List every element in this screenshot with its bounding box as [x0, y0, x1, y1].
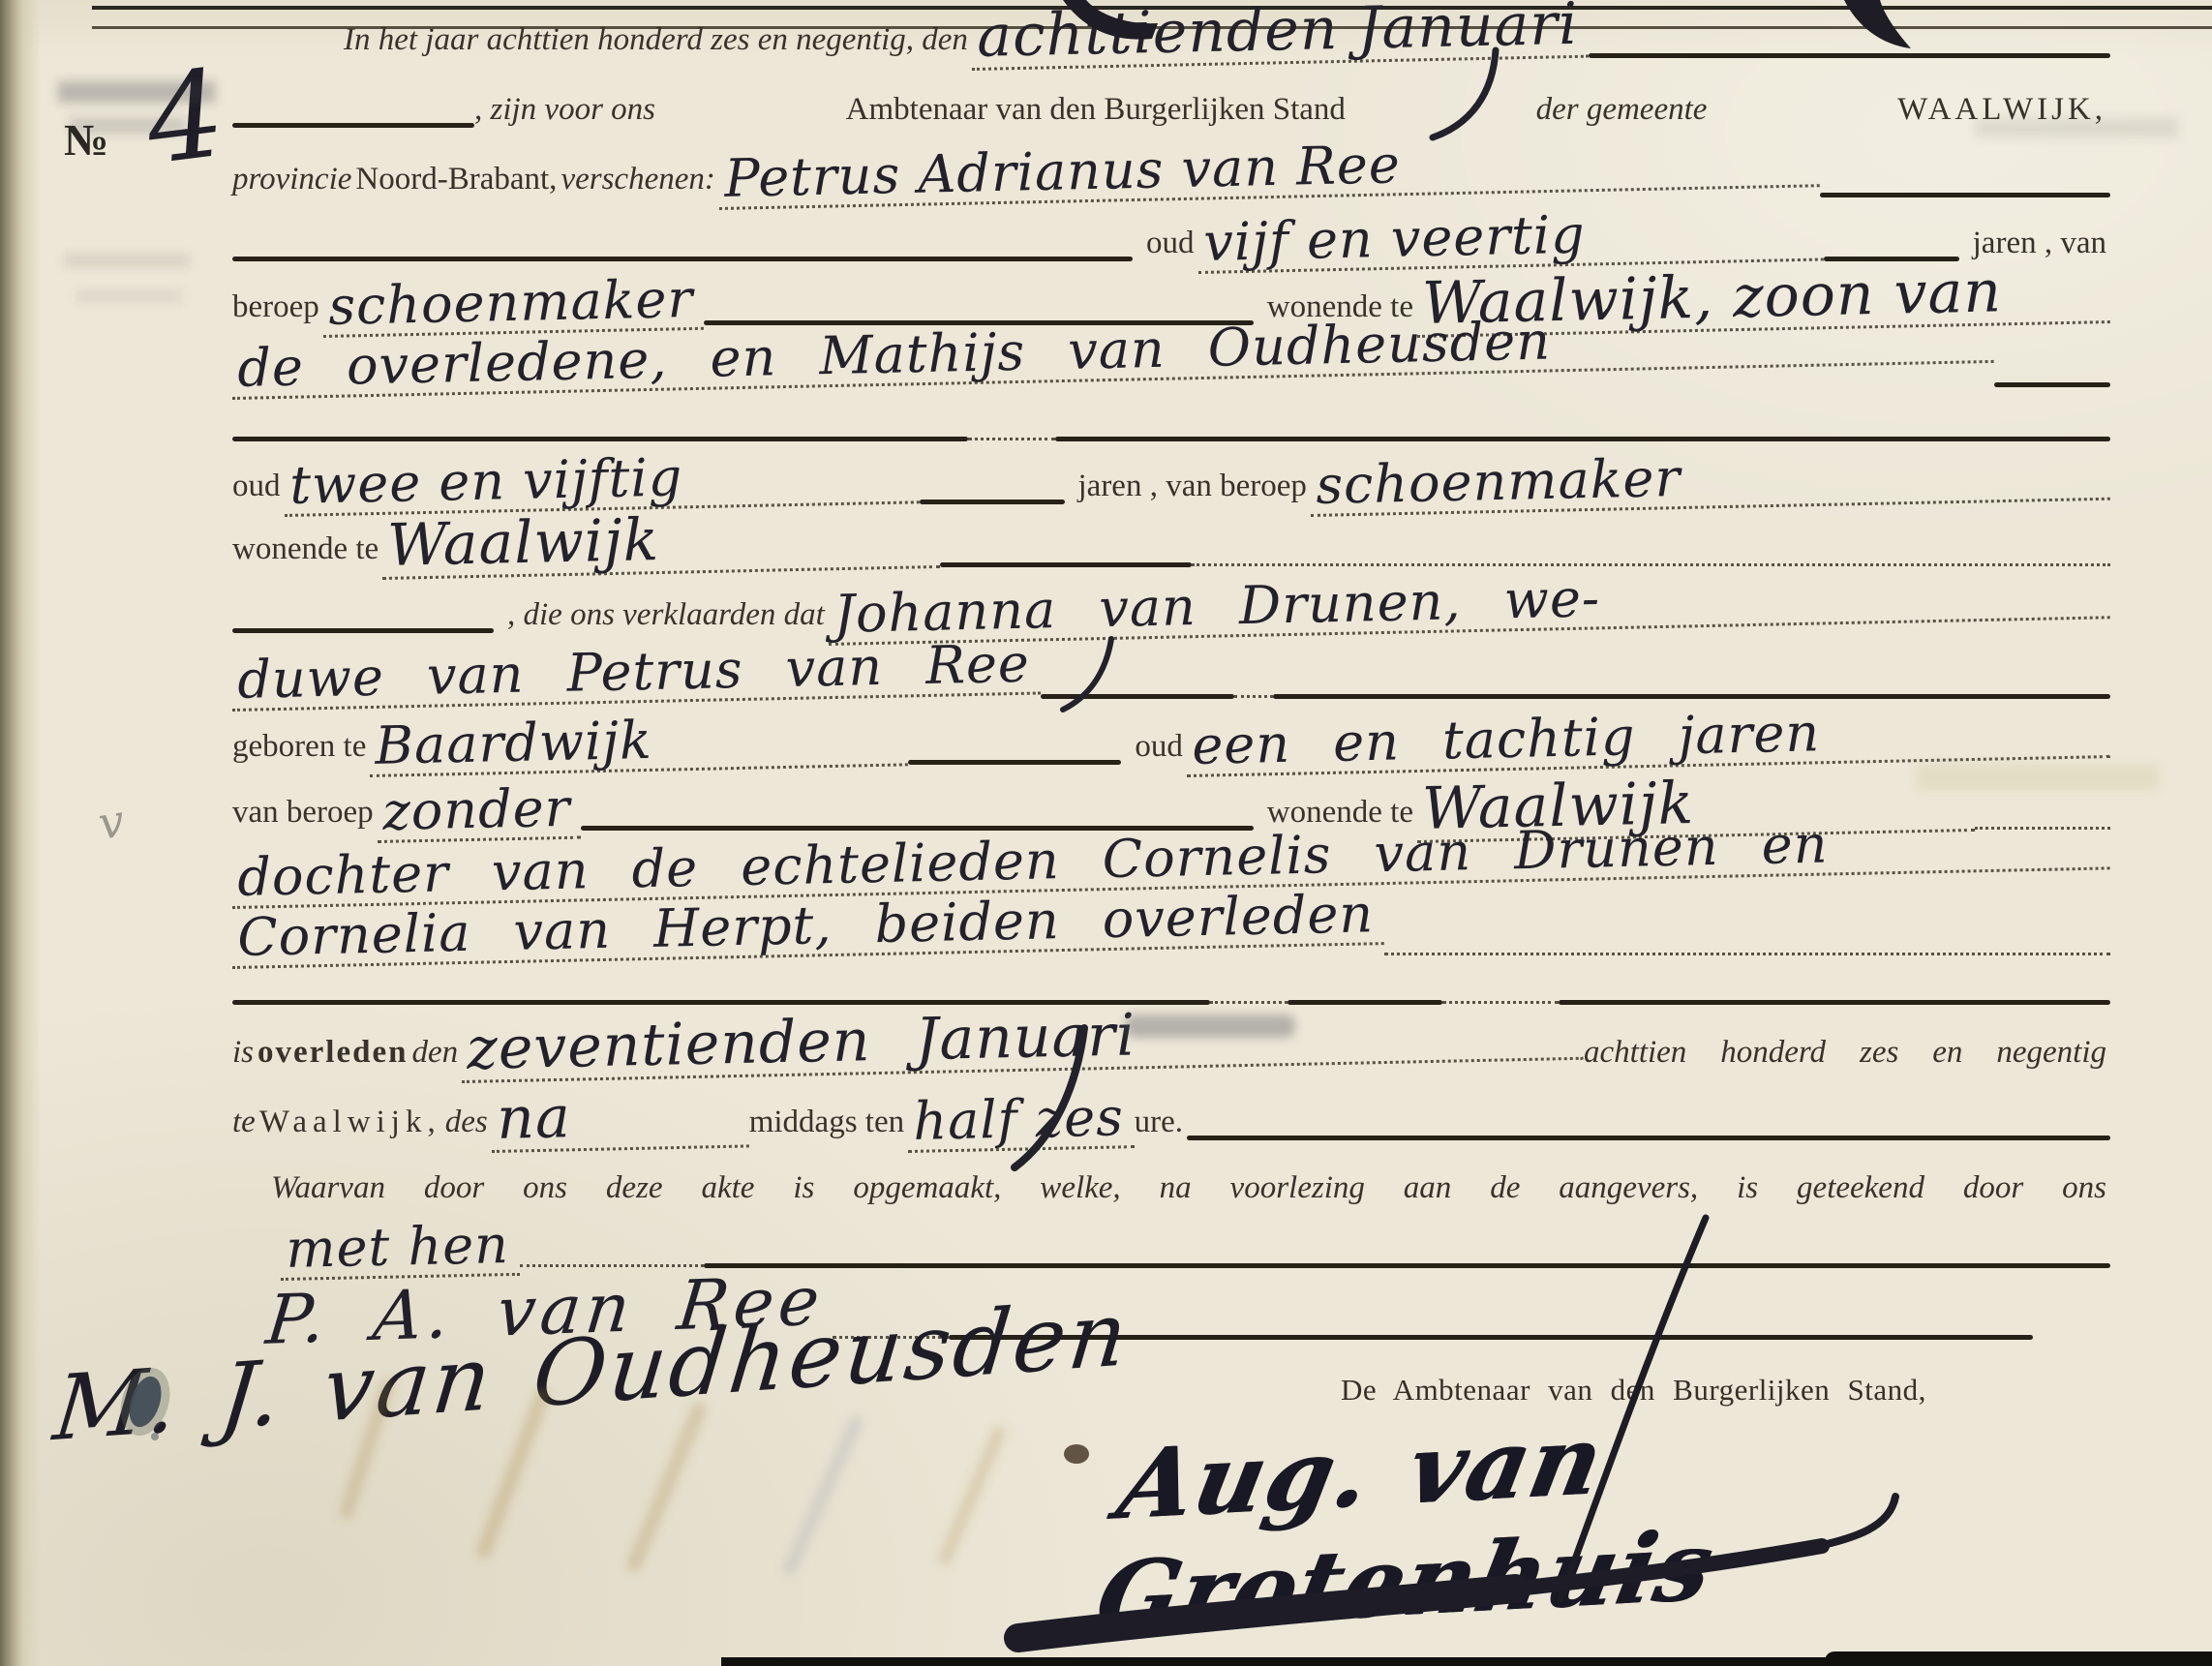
- printed-verklaarden-dat: , die ons verklaarden dat: [494, 598, 829, 637]
- fill-line: [1559, 1000, 2110, 1005]
- page-binding-edge: [0, 0, 41, 1666]
- fill-line: [1273, 694, 2110, 699]
- fill-line: [1820, 193, 2110, 197]
- printed-der-gemeente: der gemeente: [1536, 93, 1712, 132]
- printed-closing: Waarvan door ons deze akte is opgemaakt,…: [271, 1171, 2110, 1210]
- dotted-leader: [1234, 695, 1273, 698]
- form-line-declaration: , die ons verklaarden dat Johanna van Dr…: [232, 575, 2110, 637]
- fill-line: [232, 437, 968, 441]
- hw-daypart: na: [490, 1089, 748, 1153]
- printed-noord-brabant: Noord-Brabant,: [355, 163, 561, 201]
- form-line-intro: In het jaar achttien honderd zes en nege…: [344, 0, 2110, 62]
- printed-oud-label: oud: [1121, 730, 1187, 769]
- scan-edge-bottom-right: [1825, 1651, 2212, 1666]
- form-line-divider: [232, 947, 2110, 1009]
- fill-line: [920, 500, 1065, 504]
- form-line-closing: Waarvan door ons deze akte is opgemaakt,…: [271, 1148, 2110, 1210]
- printed-is-label: is: [232, 1036, 258, 1075]
- hw-deceased-age: een en tachtig jaren: [1186, 705, 2110, 777]
- form-line-declarant2-residence: wonende te Waalwijk: [232, 509, 2110, 571]
- dotted-leader: [968, 438, 1055, 440]
- hw-declarant1-name: Petrus Adrianus van Ree: [718, 134, 1820, 210]
- printed-van-beroep-label: van beroep: [232, 796, 378, 834]
- printed-oud-label: oud: [232, 470, 285, 508]
- printed-wonende-te-label: wonende te: [232, 532, 382, 571]
- hw-deceased-occupation: zonder: [377, 786, 581, 843]
- form-line-death-date: is overleden den zeventienden Januari ac…: [232, 1013, 2110, 1075]
- fill-line: [232, 123, 474, 128]
- form-line-deceased-name-2: duwe van Petrus van Ree: [232, 641, 2110, 703]
- hw-report-date: achttienden Januari: [971, 0, 1589, 71]
- dotted-leader: [1210, 1001, 1288, 1004]
- printed-overleden-label: overleden: [258, 1036, 411, 1075]
- act-number-label: №: [64, 114, 108, 166]
- printed-municipality: WAALWIJK,: [1897, 93, 2110, 132]
- form-line-declarant1-age: oud vijf en veertig jaren , van: [232, 203, 2110, 265]
- form-line-birthplace-age: geboren te Baardwijk oud een en tachtig …: [232, 707, 2110, 769]
- hw-death-date: zeventienden Januari: [461, 1002, 1584, 1083]
- fill-line: [1055, 437, 2110, 441]
- fill-line: [1041, 694, 1234, 699]
- printed-oud-label: oud: [1133, 227, 1198, 265]
- hw-declarant2-occupation: schoenmaker: [1310, 447, 2110, 517]
- printed-death-place: Waalwijk,: [259, 1106, 445, 1144]
- fill-line: [1589, 53, 2110, 58]
- act-number: 4: [140, 54, 230, 183]
- printed-jaren-van-beroep: jaren , van beroep: [1065, 470, 1311, 508]
- printed-officials-group: , zijn voor ons Ambtenaar van den Burger…: [474, 93, 2110, 132]
- form-line-death-time: te Waalwijk, des na middags ten half zes…: [232, 1082, 2110, 1144]
- hw-deceased-name-2: duwe van Petrus van Ree: [231, 642, 1041, 712]
- form-line-blank: [232, 383, 2110, 445]
- fill-line: [908, 760, 1121, 765]
- printed-zijn-voor-ons: , zijn voor ons: [474, 93, 659, 132]
- printed-den-label: den: [411, 1036, 462, 1075]
- form-line-declarant2-age: oud twee en vijftig jaren , van beroep s…: [232, 446, 2110, 508]
- form-line-met-hen: met hen: [281, 1210, 2110, 1272]
- form-line-officials: , zijn voor ons Ambtenaar van den Burger…: [232, 70, 2110, 132]
- fill-line: [940, 562, 1192, 567]
- printed-ambtenaar: Ambtenaar van den Burgerlijken Stand: [846, 93, 1349, 132]
- printed-death-year: achttien honderd zes en negentig: [1584, 1036, 2110, 1075]
- printed-ure-label: ure.: [1135, 1106, 1187, 1144]
- printed-te-label: te: [232, 1106, 259, 1144]
- printed-provincie: provincie: [232, 163, 355, 201]
- form-line-declarant1-relation: de overledene, en Mathijs van Oudheusden: [232, 329, 2110, 391]
- printed-geboren-te-label: geboren te: [232, 730, 370, 769]
- hw-birthplace: Baardwijk: [369, 712, 908, 777]
- printed-verschenen: verschenen:: [561, 163, 718, 201]
- fill-line: [232, 628, 494, 633]
- printed-beroep-label: beroep: [232, 290, 323, 329]
- dotted-leader: [1192, 563, 2110, 566]
- hw-declarant2-residence: Waalwijk: [381, 510, 940, 580]
- hw-death-time: half zes: [907, 1095, 1135, 1153]
- fill-line: [232, 257, 1133, 261]
- fill-line: [1187, 1136, 2110, 1140]
- fill-line: [704, 1263, 2110, 1268]
- printed-intro-year: In het jaar achttien honderd zes en nege…: [344, 23, 972, 62]
- printed-des-label: des: [445, 1106, 492, 1144]
- printed-middags-ten: middags ten: [749, 1106, 908, 1144]
- form-line-province: provincie Noord-Brabant, verschenen: Pet…: [232, 139, 2110, 201]
